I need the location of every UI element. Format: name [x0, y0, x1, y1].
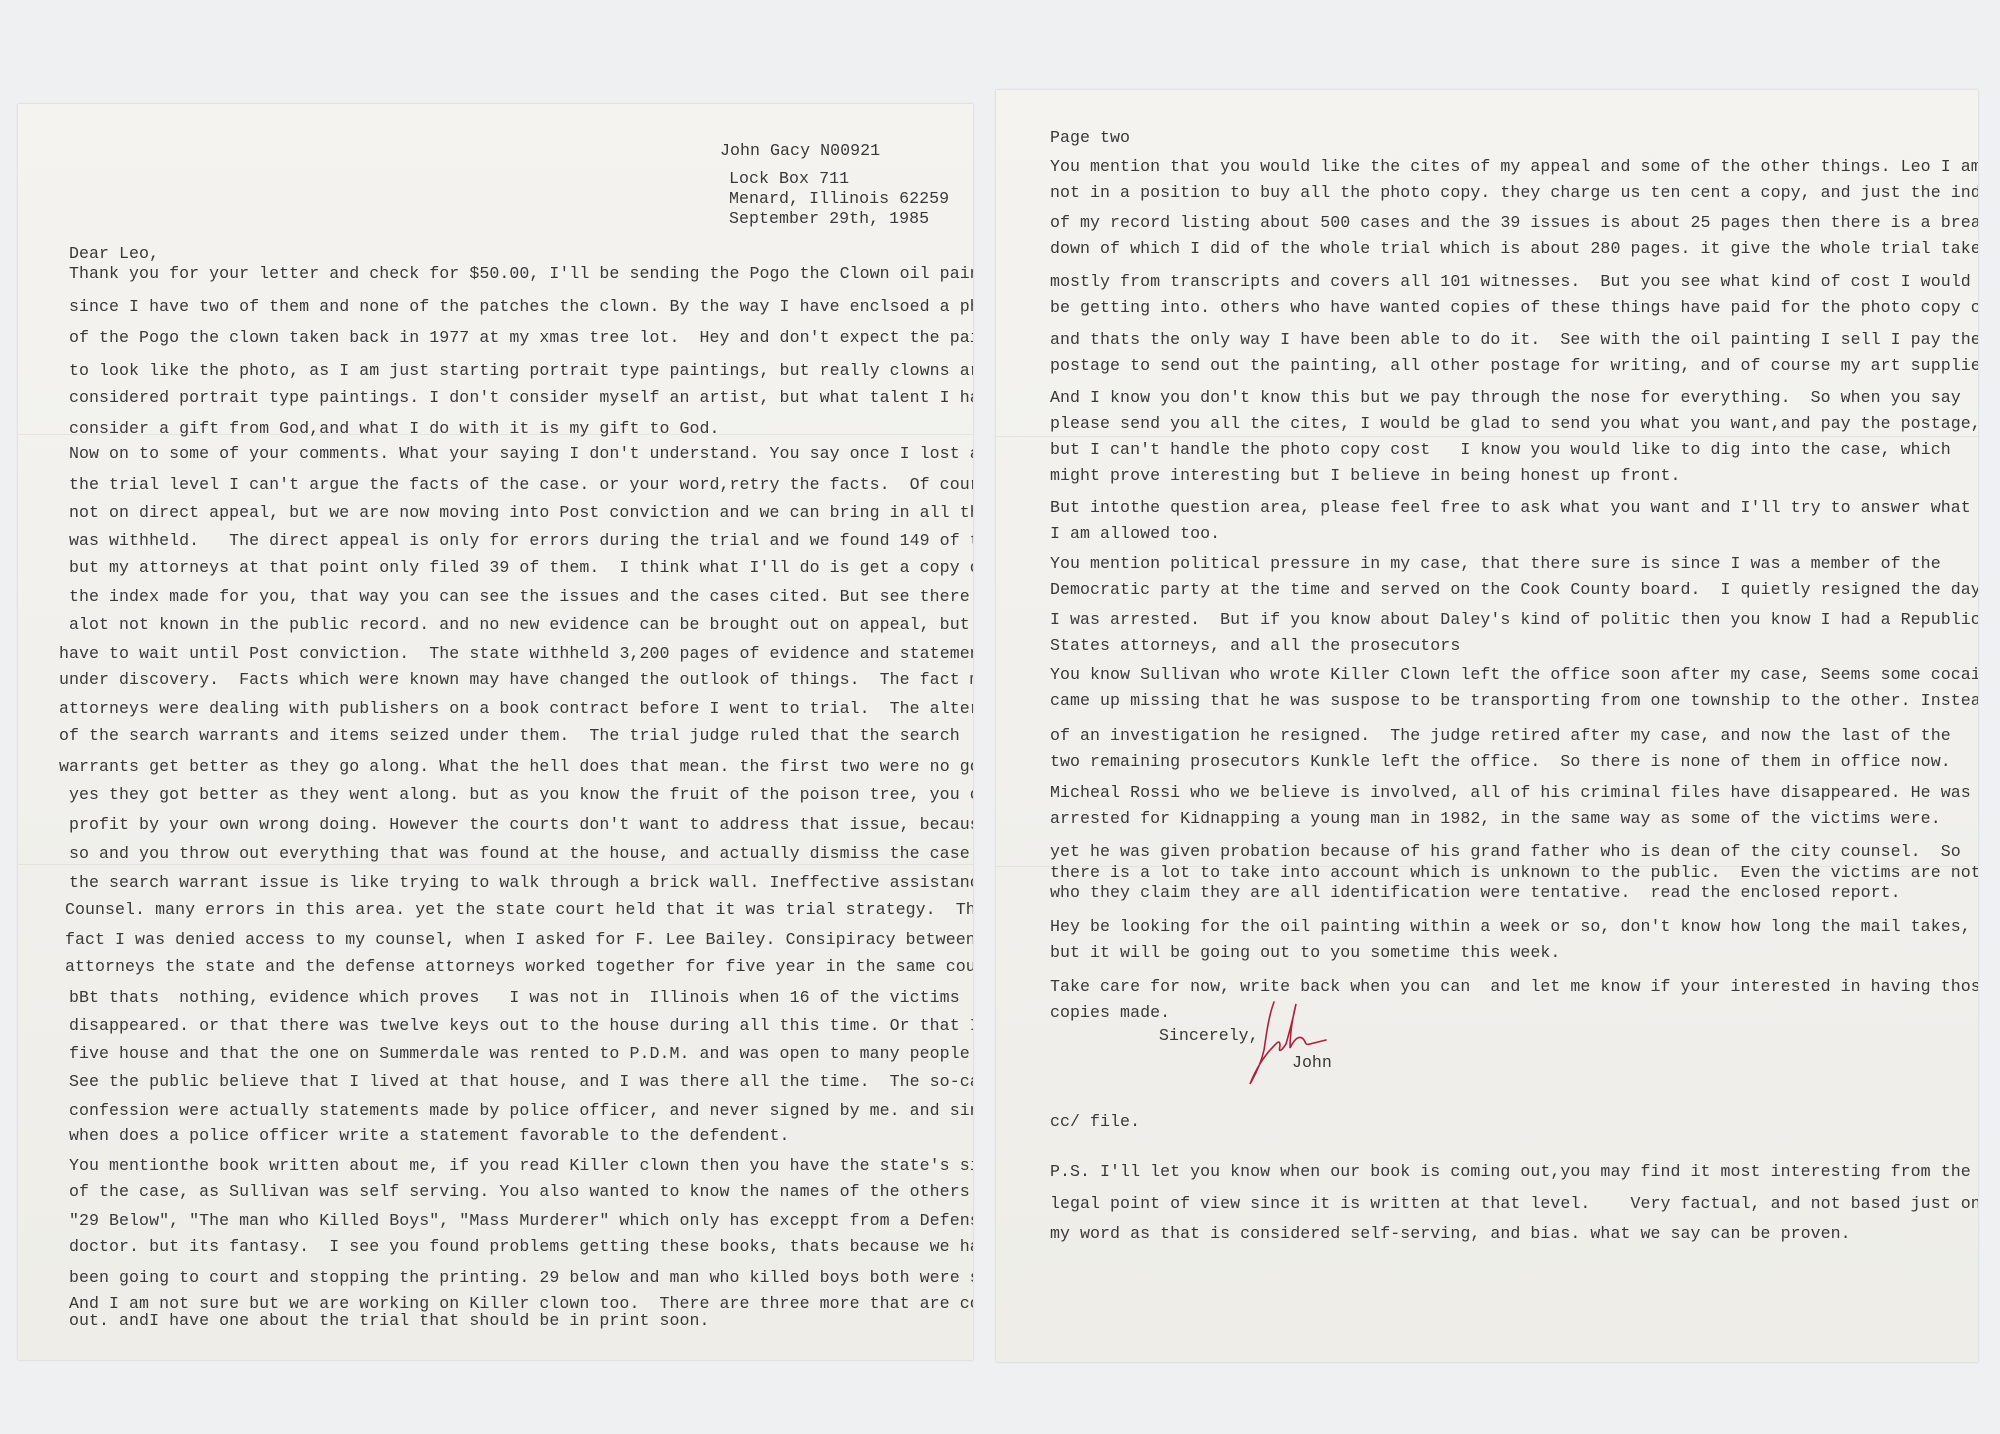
text-line: the search warrant issue is like trying …: [69, 873, 973, 893]
text-line: Thank you for your letter and check for …: [69, 264, 973, 284]
letter-date: September 29th, 1985: [729, 209, 929, 229]
paper-fold: [18, 864, 973, 865]
text-line: See the public believe that I lived at t…: [69, 1072, 973, 1092]
text-line: might prove interesting but I believe in…: [1050, 466, 1681, 486]
cc-line: cc/ file.: [1050, 1112, 1140, 1132]
sender-address-line1: Lock Box 711: [729, 169, 849, 189]
text-line: two remaining prosecutors Kunkle left th…: [1050, 752, 1951, 772]
text-line: since I have two of them and none of the…: [69, 297, 973, 317]
text-line: I was arrested. But if you know about Da…: [1050, 610, 1978, 630]
text-line: five house and that the one on Summerdal…: [69, 1044, 973, 1064]
text-line: disappeared. or that there was twelve ke…: [69, 1016, 973, 1036]
text-line: Now on to some of your comments. What yo…: [69, 444, 973, 464]
text-line: fact I was denied access to my counsel, …: [65, 930, 973, 950]
text-line: profit by your own wrong doing. However …: [69, 815, 973, 835]
letter-page-one: John Gacy N00921 Lock Box 711 Menard, Il…: [18, 104, 973, 1360]
text-line: arrested for Kidnapping a young man in 1…: [1050, 809, 1941, 829]
text-line: Hey be looking for the oil painting with…: [1050, 917, 1971, 937]
text-line: You mention political pressure in my cas…: [1050, 554, 1941, 574]
text-line: confession were actually statements made…: [69, 1101, 973, 1121]
text-line: not on direct appeal, but we are now mov…: [69, 503, 973, 523]
text-line: I am allowed too.: [1050, 524, 1220, 544]
text-line: bBt thats nothing, evidence which proves…: [69, 988, 960, 1008]
sender-name: John Gacy N00921: [720, 141, 880, 161]
text-line: of the case, as Sullivan was self servin…: [69, 1182, 973, 1202]
text-line: of the Pogo the clown taken back in 1977…: [69, 328, 973, 348]
page-label: Page two: [1050, 128, 1130, 148]
text-line: my word as that is considered self-servi…: [1050, 1224, 1851, 1244]
text-line: You know Sullivan who wrote Killer Clown…: [1050, 665, 1978, 685]
text-line: You mentionthe book written about me, if…: [69, 1156, 973, 1176]
letter-page-two: Page two You mention that you would like…: [996, 90, 1978, 1362]
handwritten-signature: [1246, 998, 1336, 1088]
text-line: alot not known in the public record. and…: [69, 615, 973, 635]
text-line: postage to send out the painting, all ot…: [1050, 356, 1978, 376]
text-line: so and you throw out everything that was…: [69, 844, 973, 864]
text-line: yet he was given probation because of hi…: [1050, 842, 1961, 862]
text-line: came up missing that he was suspose to b…: [1050, 691, 1978, 711]
text-line: attorneys the state and the defense atto…: [65, 957, 973, 977]
text-line: Counsel. many errors in this area. yet t…: [65, 900, 973, 920]
text-line: but I can't handle the photo copy cost I…: [1050, 440, 1951, 460]
text-line: be getting into. others who have wanted …: [1050, 298, 1978, 318]
text-line: copies made.: [1050, 1003, 1170, 1023]
text-line: have to wait until Post conviction. The …: [59, 644, 973, 664]
text-line: under discovery. Facts which were known …: [59, 670, 973, 690]
text-line: been going to court and stopping the pri…: [69, 1268, 973, 1288]
salutation: Dear Leo,: [69, 244, 159, 264]
text-line: considered portrait type paintings. I do…: [69, 388, 973, 408]
text-line: But intothe question area, please feel f…: [1050, 498, 1971, 518]
text-line: Micheal Rossi who we believe is involved…: [1050, 783, 1971, 803]
text-line: mostly from transcripts and covers all 1…: [1050, 272, 1971, 292]
text-line: and thats the only way I have been able …: [1050, 330, 1978, 350]
text-line: to look like the photo, as I am just sta…: [69, 361, 973, 381]
text-line: down of which I did of the whole trial w…: [1050, 239, 1978, 259]
text-line: the index made for you, that way you can…: [69, 587, 973, 607]
typed-signature-name: John: [1292, 1053, 1332, 1072]
text-line: Take care for now, write back when you c…: [1050, 977, 1978, 997]
text-line: who they claim they are all identificati…: [1050, 883, 1901, 903]
text-line: the trial level I can't argue the facts …: [69, 475, 973, 495]
text-line: legal point of view since it is written …: [1050, 1194, 1978, 1214]
text-line: Democratic party at the time and served …: [1050, 580, 1978, 600]
text-line: not in a position to buy all the photo c…: [1050, 183, 1978, 203]
text-line: P.S. I'll let you know when our book is …: [1050, 1162, 1971, 1182]
text-line: but it will be going out to you sometime…: [1050, 943, 1560, 963]
text-line: attorneys were dealing with publishers o…: [59, 699, 973, 719]
text-line: yes they got better as they went along. …: [69, 785, 973, 805]
text-line: please send you all the cites, I would b…: [1050, 414, 1978, 434]
text-line: of an investigation he resigned. The jud…: [1050, 726, 1951, 746]
text-line: of my record listing about 500 cases and…: [1050, 213, 1978, 233]
text-line: of the search warrants and items seized …: [59, 726, 960, 746]
text-line: but my attorneys at that point only file…: [69, 558, 973, 578]
sender-address-line2: Menard, Illinois 62259: [729, 189, 949, 209]
text-line: out. andI have one about the trial that …: [69, 1311, 710, 1331]
text-line: doctor. but its fantasy. I see you found…: [69, 1237, 973, 1257]
text-line: You mention that you would like the cite…: [1050, 157, 1978, 177]
text-line: there is a lot to take into account whic…: [1050, 863, 1978, 883]
closing: Sincerely,: [1159, 1026, 1259, 1045]
text-line: "29 Below", "The man who Killed Boys", "…: [69, 1211, 973, 1231]
text-line: was withheld. The direct appeal is only …: [69, 531, 973, 551]
text-line: warrants get better as they go along. Wh…: [59, 757, 973, 777]
paper-fold: [996, 436, 1978, 437]
text-line: when does a police officer write a state…: [69, 1126, 790, 1146]
text-line: States attorneys, and all the prosecutor…: [1050, 636, 1460, 656]
text-line: consider a gift from God,and what I do w…: [69, 419, 720, 439]
text-line: And I know you don't know this but we pa…: [1050, 388, 1961, 408]
